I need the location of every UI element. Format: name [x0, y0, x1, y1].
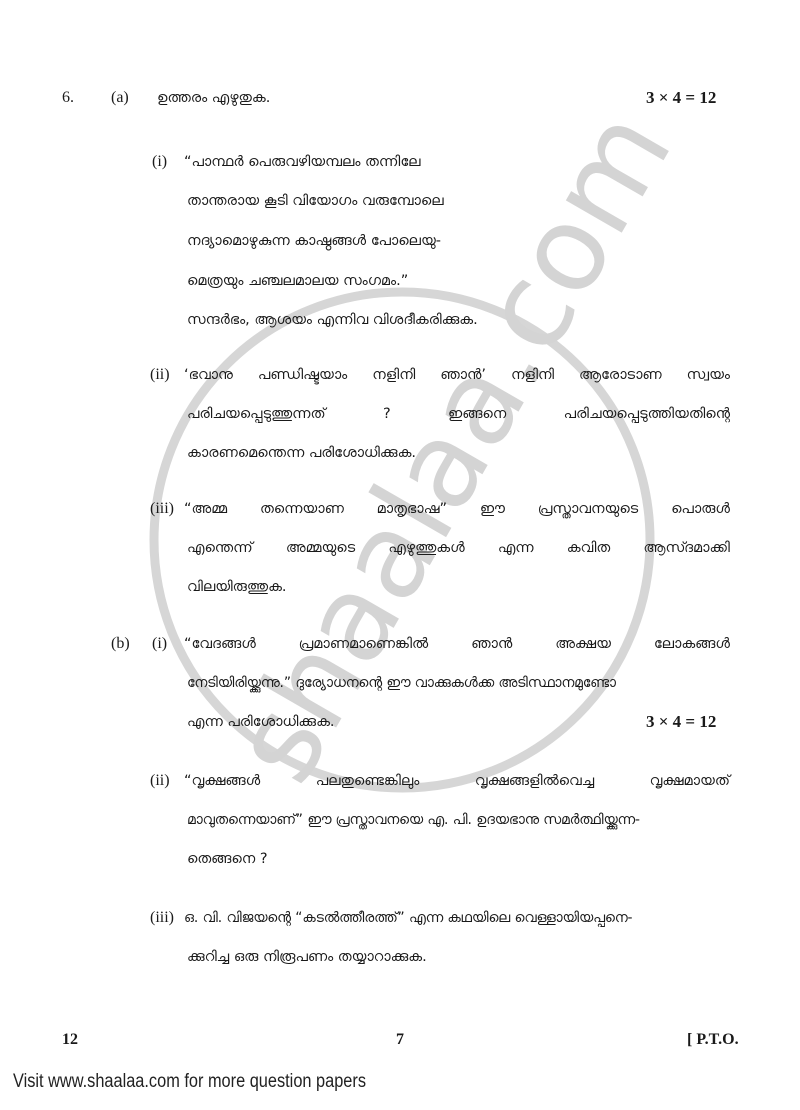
poem-line: മെത്രയും ചഞ്ചലമാലയ സംഗമം.”: [187, 273, 408, 289]
word: പണ്ഡിഷ്ടയാം: [258, 367, 347, 383]
word: പൊരുൾ: [671, 501, 730, 517]
word: ഞാൻ’: [440, 367, 486, 383]
question-line: ‘ഭവാനു പണ്ഡിഷ്ടയാം നളിനി ഞാൻ’ നളിനി ആരോട…: [184, 367, 730, 383]
word: പരിചയപ്പെടുത്തുന്നത്: [187, 406, 326, 422]
word: അക്ഷയ: [555, 636, 611, 652]
page-number: 7: [396, 1031, 404, 1049]
question-text: സന്ദർഭം, ആശയം എന്നിവ വിശദീകരിക്കുക.: [187, 312, 478, 328]
question-line: എന്ന പരിശോധിക്കുക.: [187, 714, 335, 730]
part-b-label: (b): [111, 635, 130, 653]
part-a-label: (a): [111, 89, 129, 107]
word: വൃക്ഷമായത്: [650, 773, 730, 789]
item-b-ii-label: (ii): [150, 772, 170, 790]
word: പ്രസ്താവനയുടെ: [538, 501, 638, 517]
question-line: “വേദങ്ങൾ പ്രമാണമാണെങ്കിൽ ഞാൻ അക്ഷയ ലോകങ്…: [184, 636, 730, 652]
word: “അമ്മ: [184, 501, 227, 517]
question-line: മാവുതന്നെയാണ്” ഈ പ്രസ്താവനയെ എ. പി. ഉദയഭ…: [187, 812, 640, 828]
question-line: പരിചയപ്പെടുത്തുന്നത് ? ഇങ്ങനെ പരിചയപ്പെട…: [187, 406, 730, 422]
question-line: കാരണമെന്തെന്ന പരിശോധിക്കുക.: [187, 445, 416, 461]
question-line: ഒ. വി. വിജയന്റെ “കടൽത്തീരത്ത്” എന്ന കഥയി…: [184, 910, 633, 926]
word: വൃക്ഷങ്ങളിൽവെച്ച: [475, 773, 594, 789]
word: ആരോടാണ: [579, 367, 662, 383]
word: എന്തെന്ന്: [187, 540, 253, 556]
page-footer-left: 12: [62, 1031, 78, 1049]
word: ?: [383, 406, 391, 422]
question-line: ക്കുറിച്ച ഒരു നിരൂപണം തയ്യാറാക്കുക.: [187, 949, 427, 965]
question-line: വിലയിരുത്തുക.: [187, 579, 287, 595]
word: നളിനി: [511, 367, 554, 383]
question-line: എന്തെന്ന് അമ്മയുടെ എഴുത്തുകൾ എന്ന കവിത ആ…: [187, 540, 730, 556]
word: കവിത: [567, 540, 611, 556]
word: പരിചയപ്പെടുത്തിയതിന്റെ: [564, 406, 730, 422]
question-line: തെങ്ങനെ ?: [187, 851, 268, 867]
word: നളിനി: [372, 367, 415, 383]
question-number: 6.: [62, 89, 74, 107]
question-line: നേടിയിരിയ്ക്കുന്നു.” ദുര്യോധനന്റെ ഈ വാക്…: [187, 675, 616, 691]
word: എഴുത്തുകൾ: [388, 540, 464, 556]
word: പ്രമാണമാണെങ്കിൽ: [299, 636, 428, 652]
poem-line: “പാന്ഥർ പെരുവഴിയമ്പലം തന്നിലേ: [184, 154, 420, 170]
item-a-ii-label: (ii): [150, 366, 170, 384]
word: ആസ്ദമാക്കി: [643, 540, 730, 556]
poem-line: നദ്യാമൊഴുകുന്ന കാഷ്ഠങ്ങൾ പോലെയു-: [187, 233, 441, 249]
poem-line: താന്തരായ കൂടി വിയോഗം വരുമ്പോലെ: [187, 193, 444, 209]
word: “വേദങ്ങൾ: [184, 636, 256, 652]
word: സ്വയം: [687, 367, 730, 383]
word: ഈ: [480, 501, 505, 517]
word: തന്നെയാണ: [260, 501, 344, 517]
word: അമ്മയുടെ: [286, 540, 355, 556]
part-a-marks: 3 × 4 = 12: [646, 88, 716, 108]
question-line: “വൃക്ഷങ്ങൾ പലതുണ്ടെങ്കിലും വൃക്ഷങ്ങളിൽവെ…: [184, 773, 730, 789]
part-b-marks: 3 × 4 = 12: [646, 712, 716, 732]
word: ‘ഭവാനു: [184, 367, 233, 383]
word: “വൃക്ഷങ്ങൾ: [184, 773, 260, 789]
word: പലതുണ്ടെങ്കിലും: [316, 773, 420, 789]
part-a-instruction: ഉത്തരം എഴുതുക.: [157, 90, 270, 106]
question-line: “അമ്മ തന്നെയാണ മാതൃഭാഷ” ഈ പ്രസ്താവനയുടെ …: [184, 501, 730, 517]
item-b-i-label: (i): [152, 635, 167, 653]
item-a-i-label: (i): [152, 153, 167, 171]
pto-marker: [ P.T.O.: [687, 1031, 739, 1049]
item-b-iii-label: (iii): [150, 909, 174, 927]
site-footer-link[interactable]: Visit www.shaalaa.com for more question …: [13, 1071, 366, 1093]
word: ഞാൻ: [471, 636, 512, 652]
word: മാതൃഭാഷ”: [377, 501, 447, 517]
word: ഇങ്ങനെ: [448, 406, 506, 422]
word: ലോകങ്ങൾ: [654, 636, 730, 652]
item-a-iii-label: (iii): [150, 500, 174, 518]
word: എന്ന: [498, 540, 534, 556]
